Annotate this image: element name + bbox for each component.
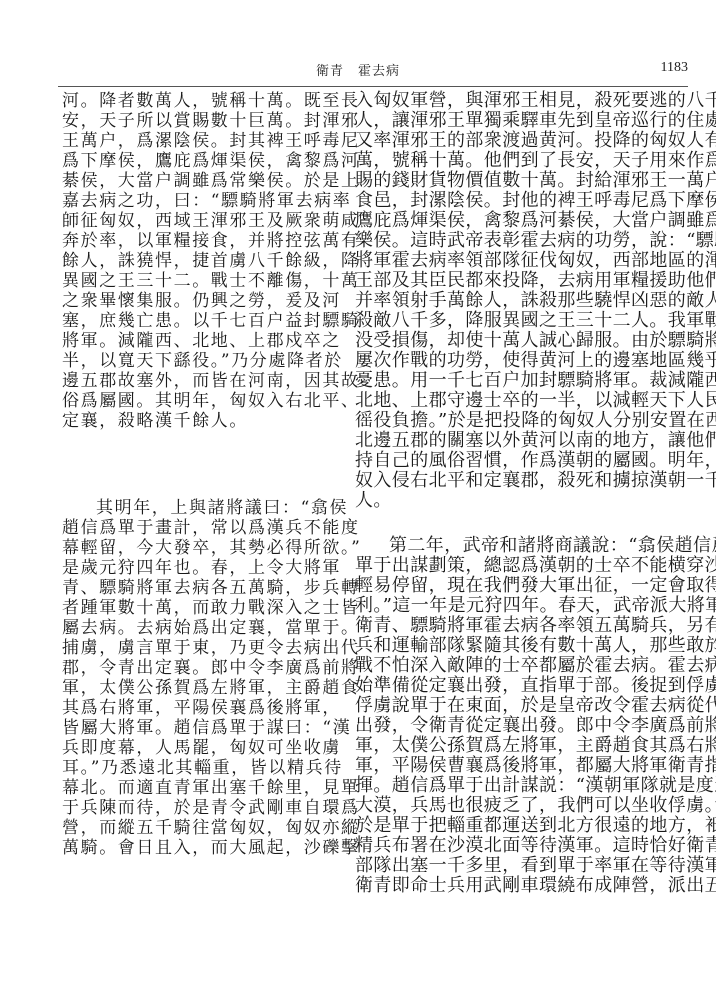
text-line: 又率渾邪王的部衆渡過黄河。投降的匈奴人有數 xyxy=(355,131,685,151)
text-line: 戰不怕深入敵陣的士卒都屬於霍去病。霍去病開 xyxy=(355,656,685,676)
header-rule xyxy=(58,86,688,87)
translation-paragraph-1: 入匈奴軍營，與渾邪王相見，殺死要逃的八千 人，讓渾邪王單獨乘驛車先到皇帝巡行的住… xyxy=(355,91,685,511)
text-line: 皆屬大將軍。趙信爲單于謀曰：“漢 xyxy=(62,718,336,738)
text-line: 没受損傷，却使十萬人誠心歸服。由於驃騎將軍 xyxy=(355,331,685,351)
text-line: 于兵陳而待，於是青令武剛車自環爲 xyxy=(62,798,336,818)
text-line: 餘人，誅獟悍，捷首虜八千餘級，降 xyxy=(62,251,336,271)
text-line: 其爲右將軍，平陽侯襄爲後將軍， xyxy=(62,698,336,718)
text-line: 營，而縱五千騎往當匈奴，匈奴亦縱 xyxy=(62,818,336,838)
text-line: 第二年，武帝和諸將商議說：“翕侯趙信爲 xyxy=(355,536,685,556)
text-line: 樂侯。這時武帝表彰霍去病的功勞，說：“驃騎 xyxy=(355,231,685,251)
text-line: 青、驃騎將軍去病各五萬騎，步兵轉 xyxy=(62,578,336,598)
text-line: 河。降者數萬人，號稱十萬。既至長 xyxy=(62,91,336,111)
text-line: 衛青、驃騎將軍霍去病各率領五萬騎兵，另有步 xyxy=(355,616,685,636)
text-line: 師征匈奴，西域王渾邪王及厥衆萌咸 xyxy=(62,211,336,231)
paragraph-gap xyxy=(355,511,685,536)
text-line: 兵和運輸部隊緊隨其後有數十萬人，那些敢於死 xyxy=(355,636,685,656)
text-line: 賜的錢財貨物價值數十萬。封給渾邪王一萬户的 xyxy=(355,171,685,191)
book-page: 衛青 霍去病 1183 河。降者數萬人，號稱十萬。既至長 安，天子所以賞賜數十巨… xyxy=(0,0,716,1000)
text-line: 幕北。而適直青軍出塞千餘里，見單 xyxy=(62,778,336,798)
text-line: 邊五郡故塞外，而皆在河南，因其故 xyxy=(62,371,336,391)
text-line: 王萬户，爲漯陰侯。封其裨王呼毒尼 xyxy=(62,131,336,151)
text-line: 異國之王三十二。戰士不離傷，十萬 xyxy=(62,271,336,291)
text-line: 單于出謀劃策，總認爲漢朝的士卒不能横穿沙漠 xyxy=(355,556,685,576)
text-line: 軍，平陽侯曹襄爲後將軍，都屬大將軍衛青指 xyxy=(355,756,685,776)
classical-paragraph-2: 其明年，上與諸將議曰：“翕侯 趙信爲單于畫計，常以爲漢兵不能度 幕輕留，今大發卒… xyxy=(62,498,336,858)
text-line: 嘉去病之功，曰：“驃騎將軍去病率 xyxy=(62,191,336,211)
text-line: 幕輕留，今大發卒，其勢必得所欲。” xyxy=(62,538,336,558)
text-line: 半，以寬天下繇役。”乃分處降者於 xyxy=(62,351,336,371)
text-line: 并率領射手萬餘人，誅殺那些驍悍凶惡的敵人， xyxy=(355,291,685,311)
text-line: 者踵軍數十萬，而敢力戰深入之士皆 xyxy=(62,598,336,618)
text-line: 塞，庶幾亡患。以千七百户益封驃騎 xyxy=(62,311,336,331)
text-line: 人，讓渾邪王單獨乘驛車先到皇帝巡行的住處， xyxy=(355,111,685,131)
text-line: 俘虜說單于在東面，於是皇帝改令霍去病從代郡 xyxy=(355,696,685,716)
text-line: 奔於率，以軍糧接食，并將控弦萬有 xyxy=(62,231,336,251)
text-line: 屢次作戰的功勞，使得黄河上的邊塞地區幾乎無 xyxy=(355,351,685,371)
text-line: 食邑，封漯陰侯。封他的裨王呼毒尼爲下摩侯， xyxy=(355,191,685,211)
text-line: 始準備從定襄出發，直指單于部。後捉到俘虜， xyxy=(355,676,685,696)
classical-text-column: 河。降者數萬人，號稱十萬。既至長 安，天子所以賞賜數十巨萬。封渾邪 王萬户，爲漯… xyxy=(62,91,336,858)
text-line: 奴入侵右北平和定襄郡，殺死和擄掠漢朝一千餘 xyxy=(355,471,685,491)
text-line: 鷹庇爲煇渠侯，禽黎爲河綦侯，大當户調雖爲常 xyxy=(355,211,685,231)
text-line: 綦侯，大當户調雖爲常樂侯。於是上 xyxy=(62,171,336,191)
text-line: 衛青即命士兵用武剛車環繞布成陣營，派出五千 xyxy=(355,876,685,896)
translation-paragraph-2: 第二年，武帝和諸將商議說：“翕侯趙信爲 單于出謀劃策，總認爲漢朝的士卒不能横穿沙… xyxy=(355,536,685,896)
text-line: 於是單于把輜重都運送到北方很遠的地方，衹將 xyxy=(355,816,685,836)
paragraph-gap xyxy=(62,431,336,498)
text-line: 其明年，上與諸將議曰：“翕侯 xyxy=(62,498,336,518)
page-header: 衛青 霍去病 1183 xyxy=(58,60,688,84)
text-line: 耳。”乃悉遠北其輜重，皆以精兵待 xyxy=(62,758,336,778)
text-line: 俗爲屬國。其明年，匈奴入右北平、 xyxy=(62,391,336,411)
text-line: 是歲元狩四年也。春，上令大將軍 xyxy=(62,558,336,578)
text-line: 定襄，殺略漢千餘人。 xyxy=(62,411,336,431)
text-line: 憂患。用一千七百户加封驃騎將軍。裁減隴西、 xyxy=(355,371,685,391)
text-line: 揮。趙信爲單于出計謀説：“漢朝軍隊就是度過 xyxy=(355,776,685,796)
text-line: 殺敵八千多，降服異國之王三十二人。我軍戰士 xyxy=(355,311,685,331)
text-line: 持自己的風俗習慣，作爲漢朝的屬國。明年，匈 xyxy=(355,451,685,471)
page-number: 1183 xyxy=(661,60,688,76)
text-line: 萬，號稱十萬。他們到了長安，天子用來作爲賞 xyxy=(355,151,685,171)
text-line: 爲下摩侯，鷹庇爲煇渠侯，禽黎爲河 xyxy=(62,151,336,171)
text-line: 屬去病。去病始爲出定襄，當單于。 xyxy=(62,618,336,638)
text-line: 趙信爲單于畫計，常以爲漢兵不能度 xyxy=(62,518,336,538)
text-line: 出發，令衛青從定襄出發。郎中令李廣爲前將 xyxy=(355,716,685,736)
text-line: 輕易停留，現在我們發大軍出征，一定會取得勝 xyxy=(355,576,685,596)
text-line: 徭役負擔。”於是把投降的匈奴人分别安置在西 xyxy=(355,411,685,431)
text-line: 兵即度幕，人馬罷，匈奴可坐收虜 xyxy=(62,738,336,758)
text-line: 軍，太僕公孫賀爲左將軍，主爵趙食 xyxy=(62,678,336,698)
text-line: 萬騎。會日且入，而大風起，沙礫擊 xyxy=(62,838,336,858)
text-line: 北邊五郡的關塞以外黄河以南的地方，讓他們保 xyxy=(355,431,685,451)
text-line: 捕虜，虜言單于東，乃更令去病出代 xyxy=(62,638,336,658)
text-line: 之衆畢懷集服。仍興之勞，爰及河 xyxy=(62,291,336,311)
text-line: 利。”這一年是元狩四年。春天，武帝派大將軍 xyxy=(355,596,685,616)
text-line: 人。 xyxy=(355,491,685,511)
text-line: 精兵布署在沙漠北面等待漢軍。這時恰好衛青的 xyxy=(355,836,685,856)
text-line: 軍，太僕公孫賀爲左將軍，主爵趙食其爲右將 xyxy=(355,736,685,756)
text-line: 大漠，兵馬也很疲乏了，我們可以坐收俘虜。” xyxy=(355,796,685,816)
running-title: 衛青 霍去病 xyxy=(316,60,400,79)
classical-paragraph-1: 河。降者數萬人，號稱十萬。既至長 安，天子所以賞賜數十巨萬。封渾邪 王萬户，爲漯… xyxy=(62,91,336,431)
translation-column: 入匈奴軍營，與渾邪王相見，殺死要逃的八千 人，讓渾邪王單獨乘驛車先到皇帝巡行的住… xyxy=(355,91,685,896)
text-line: 郡，令青出定襄。郎中令李廣爲前將 xyxy=(62,658,336,678)
text-line: 王部及其臣民都來投降，去病用軍糧援助他們， xyxy=(355,271,685,291)
text-line: 部隊出塞一千多里，看到單于率軍在等待漢軍， xyxy=(355,856,685,876)
text-line: 將軍。減隴西、北地、上郡戍卒之 xyxy=(62,331,336,351)
text-line: 將軍霍去病率領部隊征伐匈奴，西部地區的渾邪 xyxy=(355,251,685,271)
text-line: 入匈奴軍營，與渾邪王相見，殺死要逃的八千 xyxy=(355,91,685,111)
text-line: 安，天子所以賞賜數十巨萬。封渾邪 xyxy=(62,111,336,131)
text-line: 北地、上郡守邊士卒的一半，以減輕天下人民的 xyxy=(355,391,685,411)
